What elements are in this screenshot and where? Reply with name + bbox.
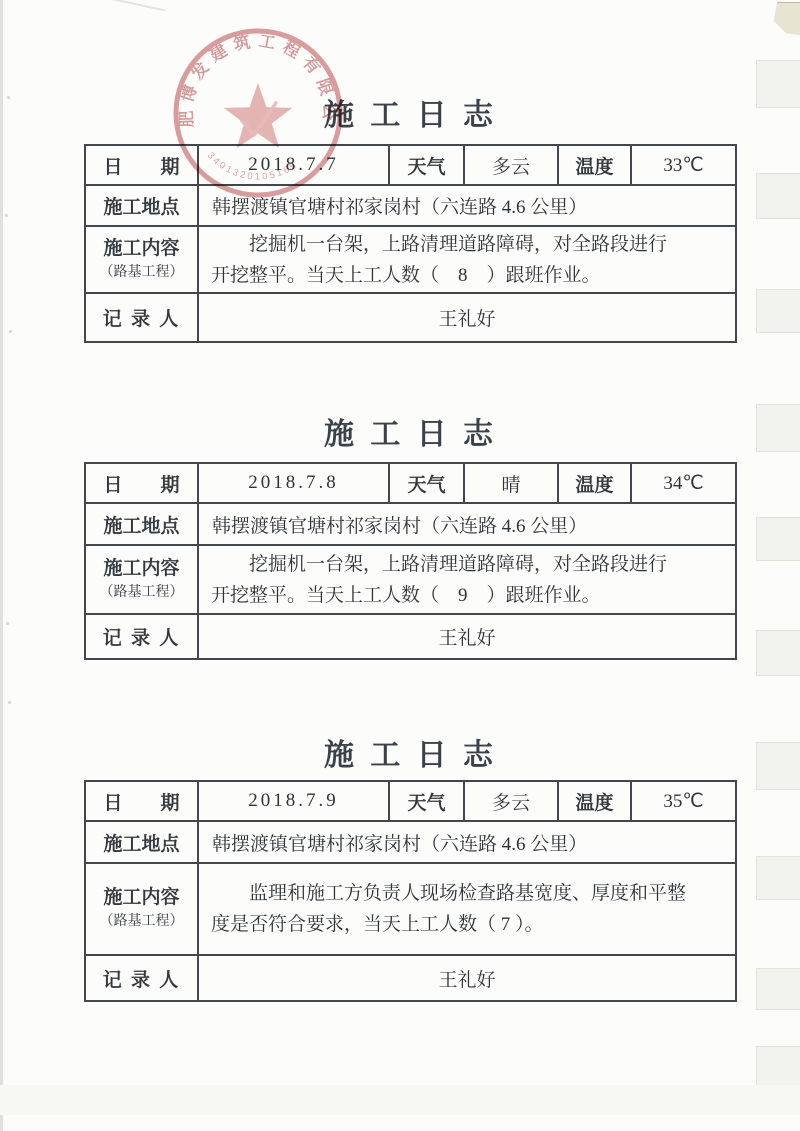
- weather-label: 天气: [390, 464, 465, 504]
- weather-label: 天气: [390, 782, 465, 822]
- scan-speck: [5, 214, 8, 217]
- temperature-value: 35℃: [632, 782, 735, 822]
- scan-speck: [6, 622, 9, 625]
- temperature-value: 33℃: [632, 146, 735, 186]
- temperature-label: 温度: [559, 464, 632, 504]
- location-label: 施工地点: [86, 504, 199, 546]
- location-label: 施工地点: [86, 186, 199, 227]
- location-value: 韩摆渡镇官塘村祁家岗村（六连路 4.6 公里）: [199, 822, 735, 864]
- scan-speck: [8, 701, 11, 704]
- location-value: 韩摆渡镇官塘村祁家岗村（六连路 4.6 公里）: [199, 186, 735, 227]
- content-label: 施工内容 （路基工程）: [86, 227, 199, 294]
- content-value: 挖掘机一台架，上路清理道路障碍，对全路段进行 开挖整平。当天上工人数（ 9 ）跟…: [199, 546, 735, 615]
- content-label-sub: （路基工程）: [100, 580, 184, 602]
- scan-artifact: [756, 404, 800, 452]
- page-corner-fold: [770, 2, 800, 36]
- content-line-2: 开挖整平。当天上工人数（ 8 ）跟班作业。: [211, 260, 723, 291]
- recorder-value: 王礼好: [199, 294, 735, 341]
- content-line-1: 挖掘机一台架，上路清理道路障碍，对全路段进行: [211, 229, 723, 260]
- content-value: 监理和施工方负责人现场检查路基宽度、厚度和平整 度是否符合要求，当天上工人数（ …: [199, 864, 735, 956]
- scan-artifact: [756, 173, 800, 219]
- log-table-2: 日 期 2018.7.8 天气 晴 温度 34℃ 施工地点 韩摆渡镇官塘村祁家岗…: [84, 462, 737, 660]
- content-label-main: 施工内容: [103, 558, 179, 580]
- content-label-sub: （路基工程）: [100, 260, 184, 282]
- scan-artifact: [756, 517, 800, 561]
- temperature-label: 温度: [559, 146, 632, 186]
- log-title-1: 施 工 日 志: [84, 90, 737, 124]
- date-value: 2018.7.9: [199, 782, 390, 822]
- scanned-construction-log-page: 施 工 日 志 施 工 日 志 施 工 日 志 日 期 2018.7.7 天气 …: [0, 0, 800, 1131]
- content-label: 施工内容 （路基工程）: [86, 546, 199, 615]
- scan-speck: [9, 330, 12, 333]
- content-value: 挖掘机一台架，上路清理道路障碍，对全路段进行 开挖整平。当天上工人数（ 8 ）跟…: [199, 227, 735, 294]
- date-label: 日 期: [86, 782, 199, 822]
- content-line-2: 度是否符合要求，当天上工人数（ 7 ）。: [211, 909, 723, 940]
- content-line-1: 监理和施工方负责人现场检查路基宽度、厚度和平整: [211, 878, 723, 909]
- scan-artifact: [756, 60, 800, 108]
- recorder-label: 记 录 人: [86, 615, 199, 658]
- content-label-main: 施工内容: [103, 238, 179, 260]
- content-label-main: 施工内容: [103, 887, 179, 909]
- scan-speck: [7, 96, 10, 99]
- content-line-2: 开挖整平。当天上工人数（ 9 ）跟班作业。: [211, 580, 723, 611]
- weather-value: 晴: [465, 464, 559, 504]
- content-label: 施工内容 （路基工程）: [86, 864, 199, 956]
- recorder-value: 王礼好: [199, 956, 735, 1000]
- scan-artifact: [756, 1046, 800, 1090]
- temperature-value: 34℃: [632, 464, 735, 504]
- scan-artifact: [756, 968, 800, 1010]
- scan-artifact: [756, 630, 800, 676]
- content-line-1: 挖掘机一台架，上路清理道路障碍，对全路段进行: [211, 549, 723, 580]
- weather-label: 天气: [390, 146, 465, 186]
- content-label-sub: （路基工程）: [100, 909, 184, 931]
- recorder-label: 记 录 人: [86, 956, 199, 1000]
- weather-value: 多云: [465, 782, 559, 822]
- date-label: 日 期: [86, 464, 199, 504]
- date-label: 日 期: [86, 146, 199, 186]
- scan-edge-shadow: [0, 0, 3, 1131]
- log-table-1: 日 期 2018.7.7 天气 多云 温度 33℃ 施工地点 韩摆渡镇官塘村祁家…: [84, 144, 737, 343]
- scan-artifact: [756, 856, 800, 900]
- location-value: 韩摆渡镇官塘村祁家岗村（六连路 4.6 公里）: [199, 504, 735, 546]
- date-value: 2018.7.7: [199, 146, 390, 186]
- location-label: 施工地点: [86, 822, 199, 864]
- scan-streak: [95, 0, 166, 21]
- temperature-label: 温度: [559, 782, 632, 822]
- scan-band: [0, 1085, 800, 1115]
- date-value: 2018.7.8: [199, 464, 390, 504]
- scan-artifact: [756, 742, 800, 790]
- scan-artifact: [756, 289, 800, 333]
- weather-value: 多云: [465, 146, 559, 186]
- log-table-3: 日 期 2018.7.9 天气 多云 温度 35℃ 施工地点 韩摆渡镇官塘村祁家…: [84, 780, 737, 1002]
- recorder-value: 王礼好: [199, 615, 735, 658]
- recorder-label: 记 录 人: [86, 294, 199, 341]
- log-title-3: 施 工 日 志: [84, 730, 737, 764]
- log-title-2: 施 工 日 志: [84, 409, 737, 443]
